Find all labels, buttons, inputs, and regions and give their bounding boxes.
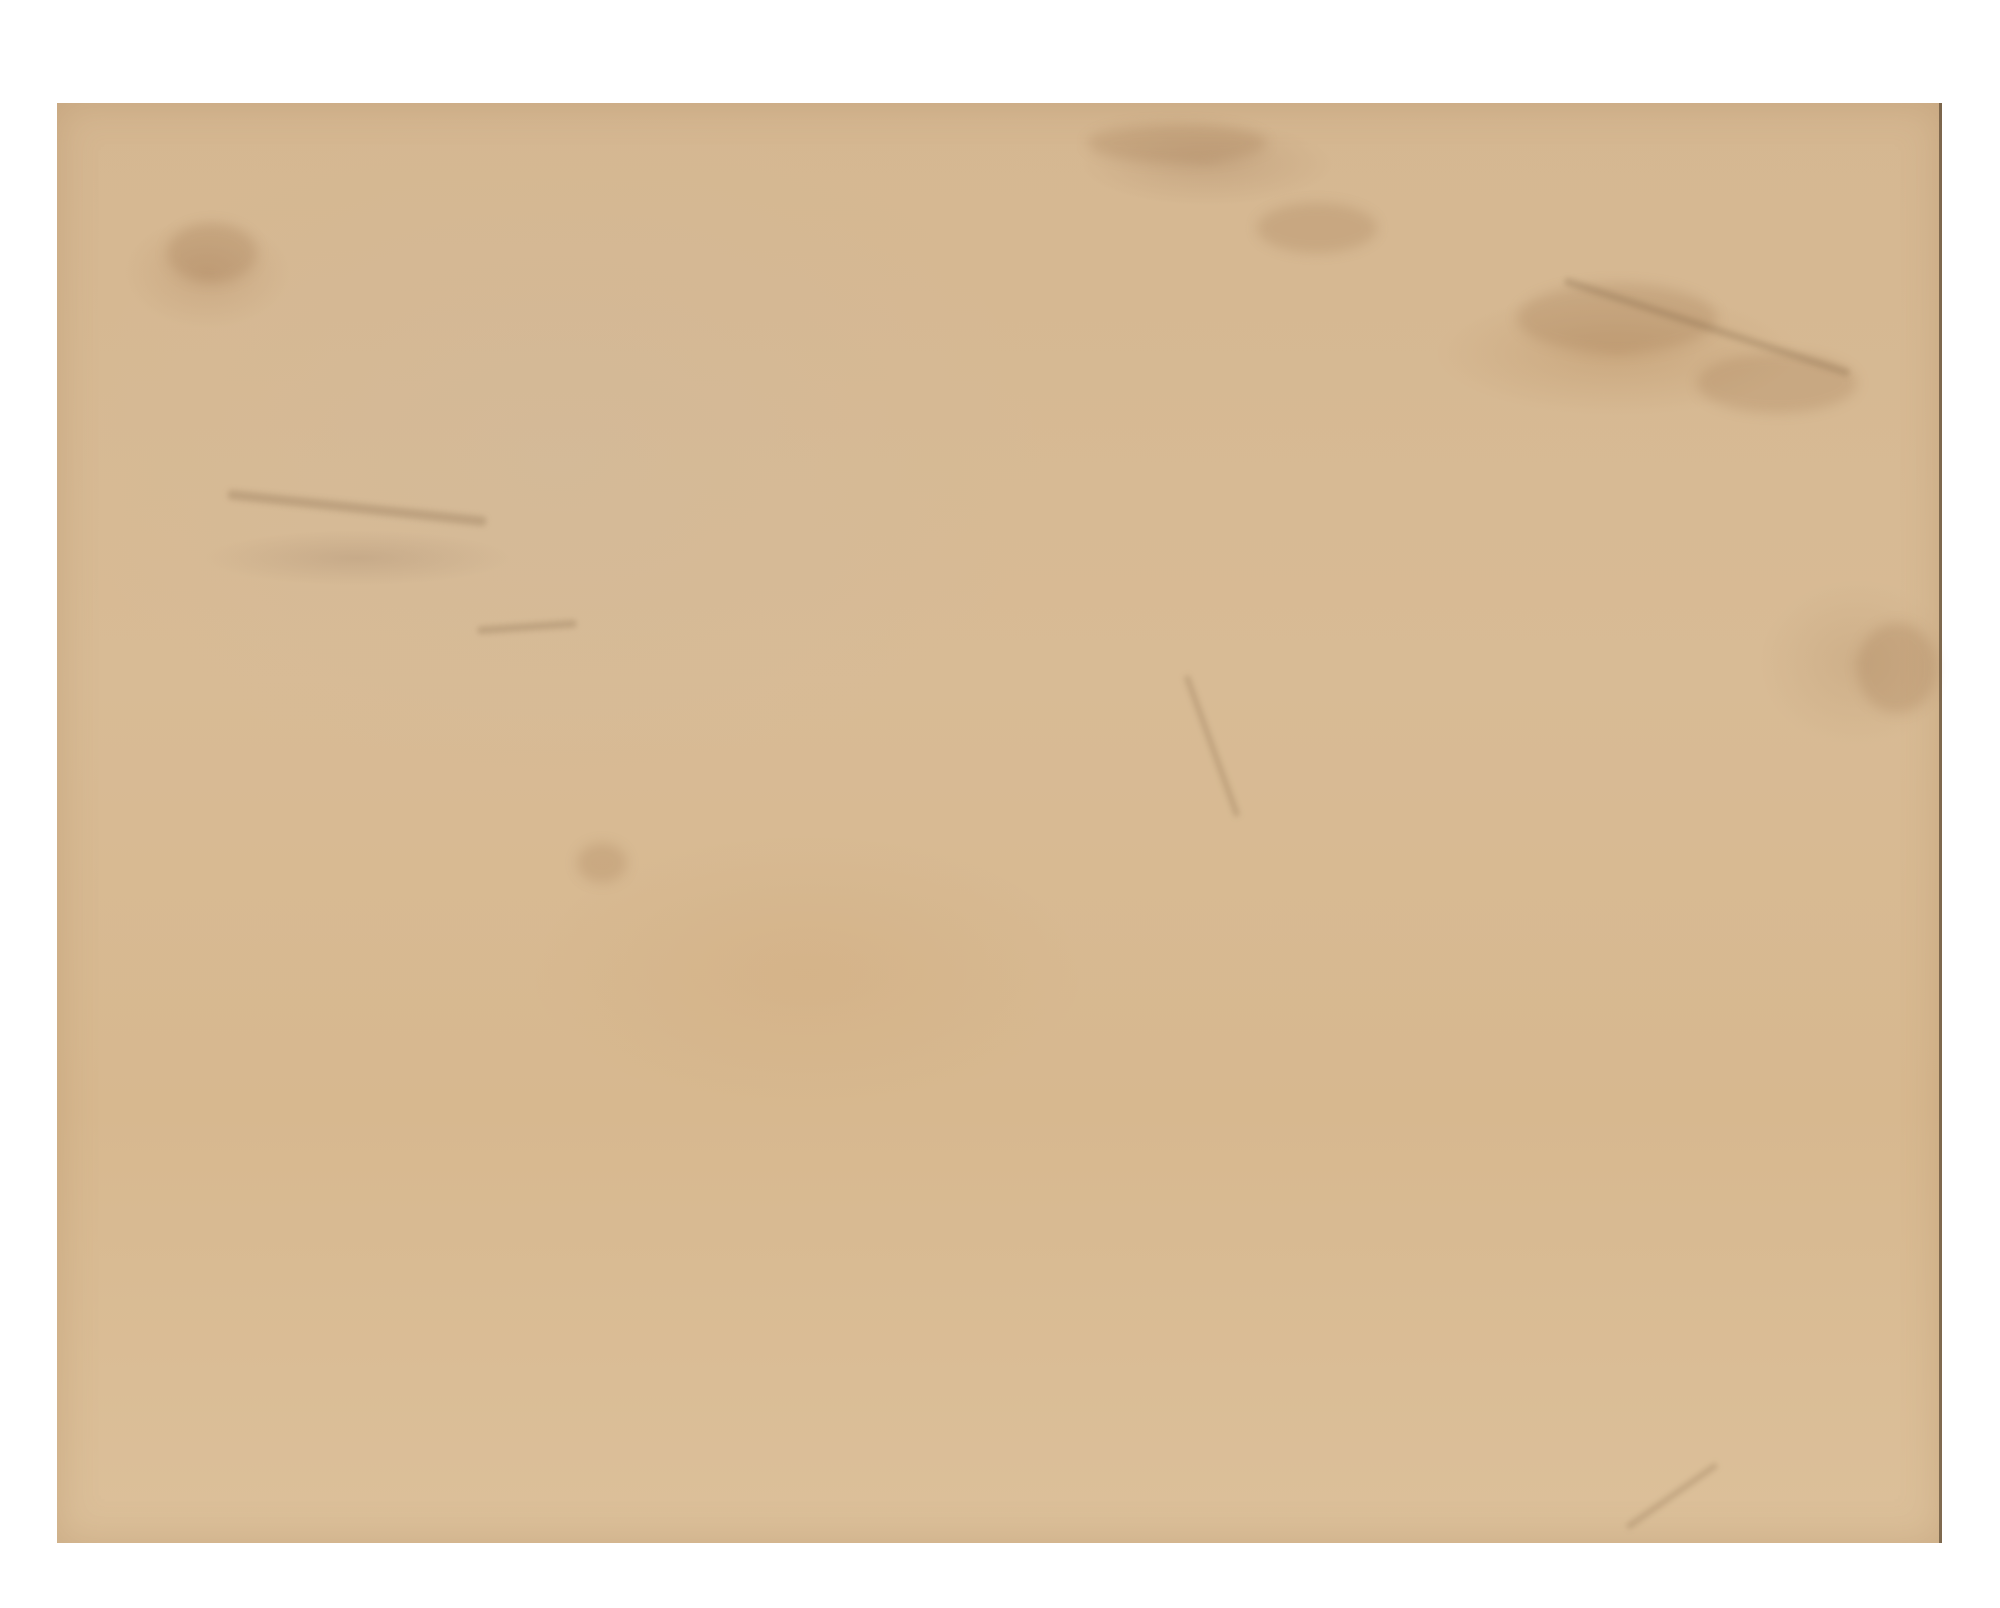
crease — [477, 620, 577, 635]
stain — [1257, 203, 1377, 253]
aged-paper-sheet — [57, 103, 1942, 1543]
stain — [167, 223, 257, 283]
crease — [227, 489, 487, 526]
stain — [1857, 623, 1937, 713]
paper-right-edge-shadow — [1939, 103, 1942, 1543]
stain — [1697, 353, 1857, 413]
stain — [577, 843, 627, 883]
photo-scene — [0, 0, 2000, 1608]
crease — [1184, 674, 1241, 817]
stain — [1087, 123, 1267, 163]
crease — [1625, 1462, 1719, 1530]
